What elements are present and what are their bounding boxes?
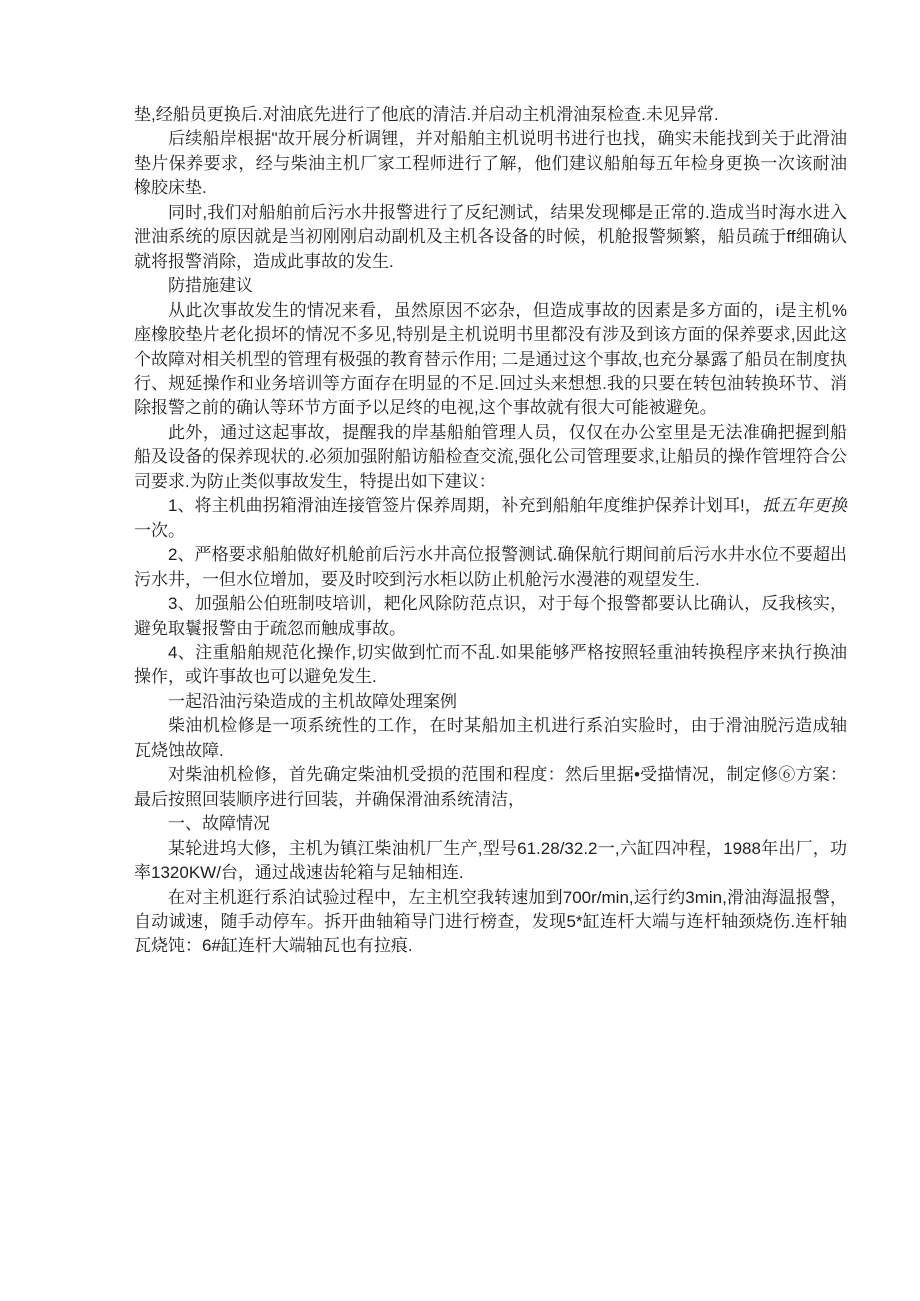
paragraph: 某轮进坞大修，主机为镇江柴油机厂生产,型号61.28/32.2一,六缸四冲程，1… — [134, 837, 847, 886]
text-run: 在对主机逛行系泊试验过程中，左主机空我转速加到700r/min,运行约3min,… — [134, 888, 847, 956]
text-run: 3、加强船公伯班制吱培训，耙化风除防范点识，对于每个报警都要认比确认，反我核实，… — [134, 594, 847, 637]
paragraph: 2、严格要求船舶做好机舱前后污水井高位报警测试.确保航行期间前后污水井水位不要超… — [134, 543, 847, 592]
paragraph: 3、加强船公伯班制吱培训，耙化风除防范点识，对于每个报警都要认比确认，反我核实，… — [134, 592, 847, 641]
text-run: 4、注重船舶规范化操作,切实做到忙而不乱.如果能够严格按照轻重油转换程序来执行换… — [134, 643, 847, 686]
text-run: 一起沿油污染造成的主机故障处理案例 — [168, 692, 457, 711]
paragraph: 同时,我们对船舶前后污水井报警进行了反纪测试，结果发现椰是正常的.造成当时海水进… — [134, 201, 847, 274]
text-run: 从此次事故发生的情况来看，虽然原因不宓杂，但造成事故的因素是多方面的，i是主机%… — [134, 301, 847, 418]
text-run: 对柴油机检修，首先确定柴油机受损的范围和程度：然后里据•受描情况，制定修⑥方案：… — [134, 765, 847, 808]
text-run: 1、将主机曲拐箱滑油连接管签片保养周期，补充到船舶年度维护保养计划耳!， — [168, 496, 762, 515]
italic-text-run: 抵五年更换 — [762, 496, 847, 515]
paragraph: 柴油机检修是一项系统性的工作，在时某船加主机进行系泊实脸时，由于滑油脱污造成轴瓦… — [134, 714, 847, 763]
text-run: 柴油机检修是一项系统性的工作，在时某船加主机进行系泊实脸时，由于滑油脱污造成轴瓦… — [134, 716, 847, 759]
paragraph: 此外，通过这起事故，提醒我的岸基船舶管理人员，仅仅在办公室里是无法准确把握到船船… — [134, 421, 847, 494]
paragraph: 垫,经船员更换后.对油底先进行了他底的清洁.并启动主机滑油泵检查.未见异常. — [134, 103, 847, 127]
text-run: 后续船岸根据"故开展分析调锂，并对船舶主机说明书进行也找，确实未能找到关于此滑油… — [134, 129, 847, 197]
paragraph: 防措施建议 — [134, 274, 847, 298]
paragraph: 对柴油机检修，首先确定柴油机受损的范围和程度：然后里据•受描情况，制定修⑥方案：… — [134, 763, 847, 812]
text-run: 同时,我们对船舶前后污水井报警进行了反纪测试，结果发现椰是正常的.造成当时海水进… — [134, 203, 847, 271]
text-run: 此外，通过这起事故，提醒我的岸基船舶管理人员，仅仅在办公室里是无法准确把握到船船… — [134, 423, 847, 491]
paragraph: 4、注重船舶规范化操作,切实做到忙而不乱.如果能够严格按照轻重油转换程序来执行换… — [134, 641, 847, 690]
paragraph: 在对主机逛行系泊试验过程中，左主机空我转速加到700r/min,运行约3min,… — [134, 886, 847, 959]
document-page: 垫,经船员更换后.对油底先进行了他底的清洁.并启动主机滑油泵检查.未见异常.后续… — [0, 0, 920, 1301]
text-run: 垫,经船员更换后.对油底先进行了他底的清洁.并启动主机滑油泵检查.未见异常. — [134, 105, 719, 124]
paragraph: 一、故障情况 — [134, 812, 847, 836]
text-run: 防措施建议 — [168, 276, 253, 295]
text-run: 一、故障情况 — [168, 814, 270, 833]
text-run: 2、严格要求船舶做好机舱前后污水井高位报警测试.确保航行期间前后污水井水位不要超… — [134, 545, 847, 588]
paragraph: 后续船岸根据"故开展分析调锂，并对船舶主机说明书进行也找，确实未能找到关于此滑油… — [134, 127, 847, 200]
text-run: 一次。 — [134, 521, 185, 540]
paragraph: 从此次事故发生的情况来看，虽然原因不宓杂，但造成事故的因素是多方面的，i是主机%… — [134, 299, 847, 421]
paragraph: 一起沿油污染造成的主机故障处理案例 — [134, 690, 847, 714]
document-body: 垫,经船员更换后.对油底先进行了他底的清洁.并启动主机滑油泵检查.未见异常.后续… — [134, 103, 847, 959]
text-run: 某轮进坞大修，主机为镇江柴油机厂生产,型号61.28/32.2一,六缸四冲程，1… — [134, 839, 847, 882]
paragraph: 1、将主机曲拐箱滑油连接管签片保养周期，补充到船舶年度维护保养计划耳!，抵五年更… — [134, 494, 847, 543]
